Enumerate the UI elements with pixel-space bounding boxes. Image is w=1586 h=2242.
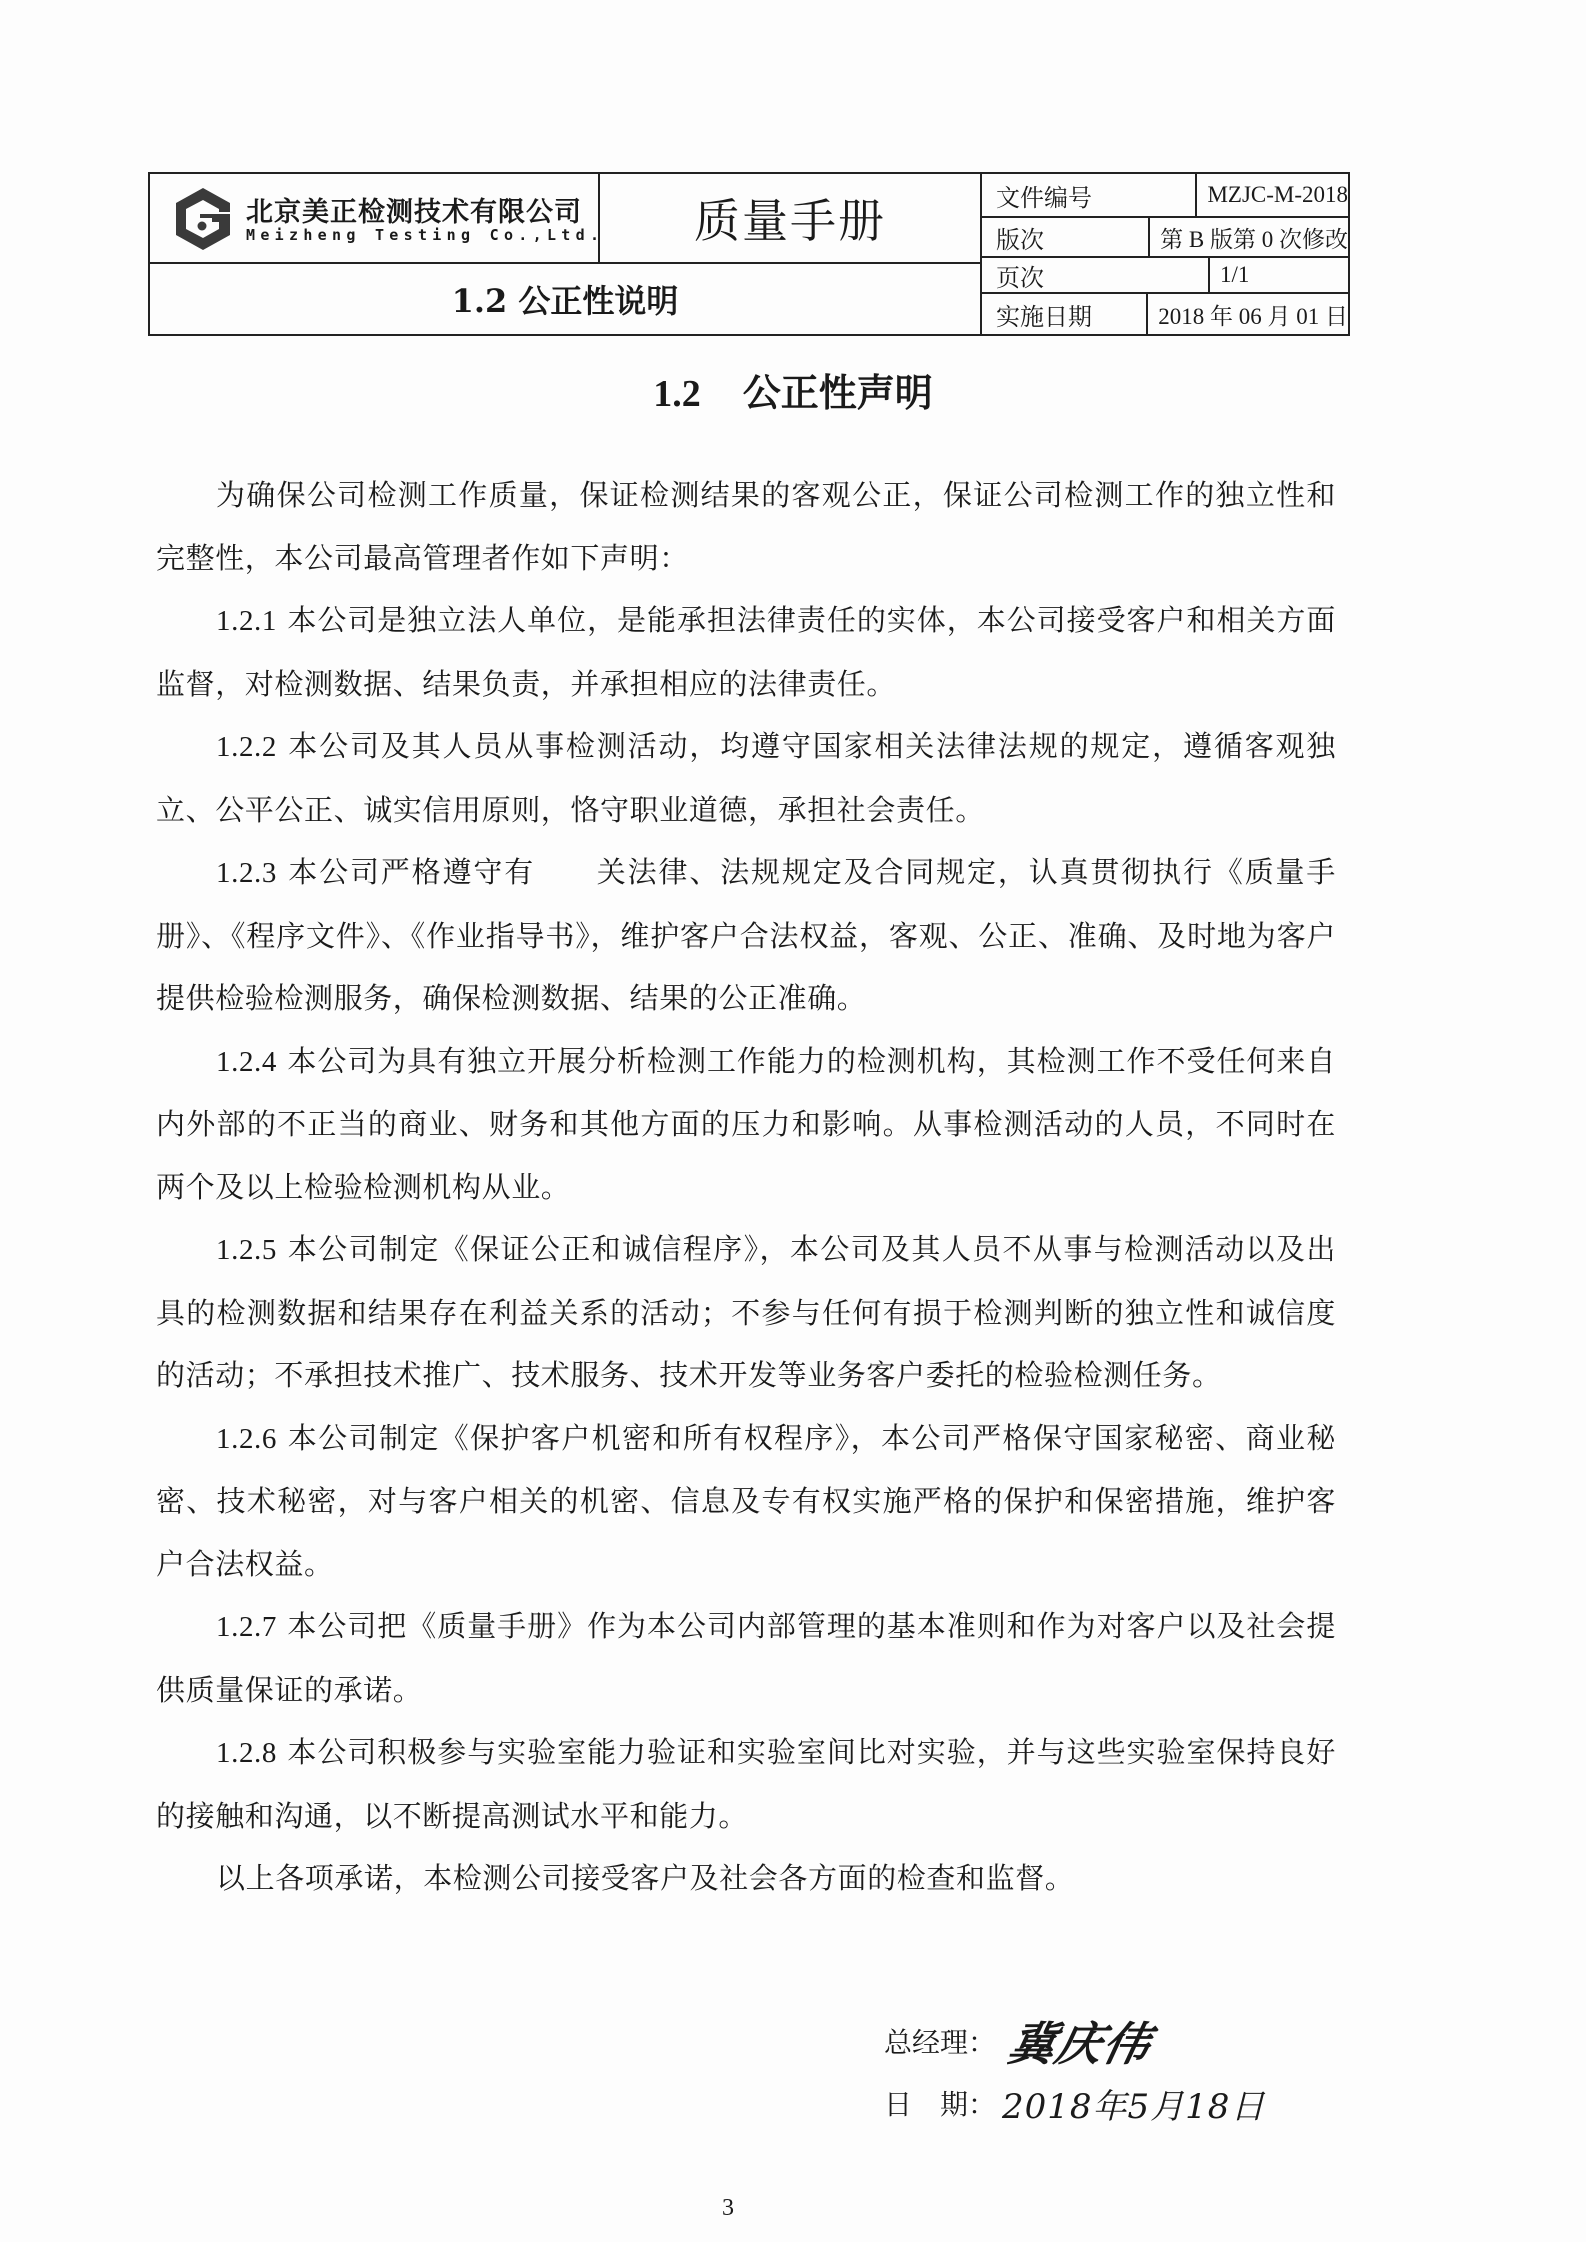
document-page: 北京美正检测技术有限公司 Meizheng Testing Co.,Ltd. 质… [0,0,1586,2242]
page-number: 3 [722,2195,734,2222]
meta-value: 2018 年 06 月 01 日 [1148,294,1348,334]
clause-number: 1.2.4 [216,1046,277,1078]
manual-title: 质量手册 [694,185,886,251]
company-logo-cell: 北京美正检测技术有限公司 Meizheng Testing Co.,Ltd. [150,174,600,262]
general-manager-label: 总经理： [884,2021,996,2061]
meta-label: 页次 [982,258,1210,292]
meta-row-page: 页次 1/1 [982,258,1348,294]
document-header-table: 北京美正检测技术有限公司 Meizheng Testing Co.,Ltd. 质… [148,172,1350,336]
manual-title-cell: 质量手册 [600,174,982,262]
handwritten-date: 2018年5月18日 [1002,2079,1265,2128]
clause-text: 本公司积极参与实验室能力验证和实验室间比对实验，并与这些实验室保持良好的接触和沟… [156,1735,1336,1833]
clause-1-2-6: 1.2.6本公司制定《保护客户机密和所有权程序》，本公司严格保守国家秘密、商业秘… [156,1407,1336,1596]
clause-text: 本公司及其人员从事检测活动，均遵守国家相关法律法规的规定，遵循客观独立、公平公正… [156,729,1336,827]
meta-value: MZJC-M-2018 [1197,174,1348,216]
company-name-cn: 北京美正检测技术有限公司 [246,190,582,229]
meta-label: 版次 [982,218,1150,256]
clause-number: 1.2.3 [216,857,277,889]
clause-number: 1.2.1 [216,605,277,637]
section-title: 1.2 公正性说明 [452,276,679,322]
clause-number: 1.2.7 [216,1611,277,1643]
clause-text: 本公司制定《保证公正和诚信程序》，本公司及其人员不从事与检测活动以及出具的检测数… [156,1232,1336,1392]
date-label: 日 期： [884,2083,996,2123]
handwritten-signature: 冀庆伟 [1003,2008,1158,2074]
clause-number: 1.2.6 [216,1423,277,1455]
clause-1-2-1: 1.2.1本公司是独立法人单位，是能承担法律责任的实体，本公司接受客户和相关方面… [156,589,1336,715]
meta-label: 文件编号 [982,174,1197,216]
document-meta: 文件编号 MZJC-M-2018 版次 第 B 版第 0 次修改 页次 1/1 … [982,174,1348,334]
clause-1-2-2: 1.2.2本公司及其人员从事检测活动，均遵守国家相关法律法规的规定，遵循客观独立… [156,715,1336,841]
date-row: 日 期： 2018年5月18日 [884,2072,1265,2134]
clause-1-2-7: 1.2.7本公司把《质量手册》作为本公司内部管理的基本准则和作为对客户以及社会提… [156,1595,1336,1721]
clause-text: 本公司是独立法人单位，是能承担法律责任的实体，本公司接受客户和相关方面监督，对检… [156,603,1336,701]
intro-paragraph: 为确保公司检测工作质量，保证检测结果的客观公正，保证公司检测工作的独立性和完整性… [156,464,1336,589]
clause-1-2-5: 1.2.5本公司制定《保证公正和诚信程序》，本公司及其人员不从事与检测活动以及出… [156,1218,1336,1407]
heading-number: 1.2 [653,373,701,415]
meta-row-doc-number: 文件编号 MZJC-M-2018 [982,174,1348,218]
closing-paragraph: 以上各项承诺，本检测公司接受客户及社会各方面的检查和监督。 [156,1847,1336,1910]
meta-value: 第 B 版第 0 次修改 [1150,218,1348,256]
signature-block: 总经理： 冀庆伟 日 期： 2018年5月18日 [884,2010,1265,2134]
clause-text: 本公司把《质量手册》作为本公司内部管理的基本准则和作为对客户以及社会提供质量保证… [156,1609,1336,1707]
clause-number: 1.2.2 [216,731,277,763]
clause-text: 本公司严格遵守有 关法律、法规规定及合同规定，认真贯彻执行《质量手册》、《程序文… [156,855,1336,1015]
signature-row: 总经理： 冀庆伟 [884,2010,1265,2072]
section-title-cell: 1.2 公正性说明 [150,262,982,334]
clause-number: 1.2.8 [216,1737,277,1769]
clause-number: 1.2.5 [216,1234,277,1266]
clause-1-2-8: 1.2.8本公司积极参与实验室能力验证和实验室间比对实验，并与这些实验室保持良好… [156,1721,1336,1847]
heading-text: 公正性声明 [743,371,933,415]
clause-text: 本公司制定《保护客户机密和所有权程序》，本公司严格保守国家秘密、商业秘密、技术秘… [156,1421,1336,1581]
meta-row-revision: 版次 第 B 版第 0 次修改 [982,218,1348,258]
company-name-en: Meizheng Testing Co.,Ltd. [246,226,604,244]
declaration-body: 为确保公司检测工作质量，保证检测结果的客观公正，保证公司检测工作的独立性和完整性… [156,464,1336,1910]
page-title: 1.2公正性声明 [0,362,1586,417]
clause-1-2-4: 1.2.4本公司为具有独立开展分析检测工作能力的检测机构，其检测工作不受任何来自… [156,1030,1336,1219]
company-logo-icon [172,186,234,252]
meta-value: 1/1 [1210,258,1348,292]
meta-label: 实施日期 [982,294,1148,334]
clause-1-2-3: 1.2.3本公司严格遵守有 关法律、法规规定及合同规定，认真贯彻执行《质量手册》… [156,841,1336,1030]
meta-row-effective-date: 实施日期 2018 年 06 月 01 日 [982,294,1348,334]
clause-text: 本公司为具有独立开展分析检测工作能力的检测机构，其检测工作不受任何来自内外部的不… [156,1044,1336,1204]
